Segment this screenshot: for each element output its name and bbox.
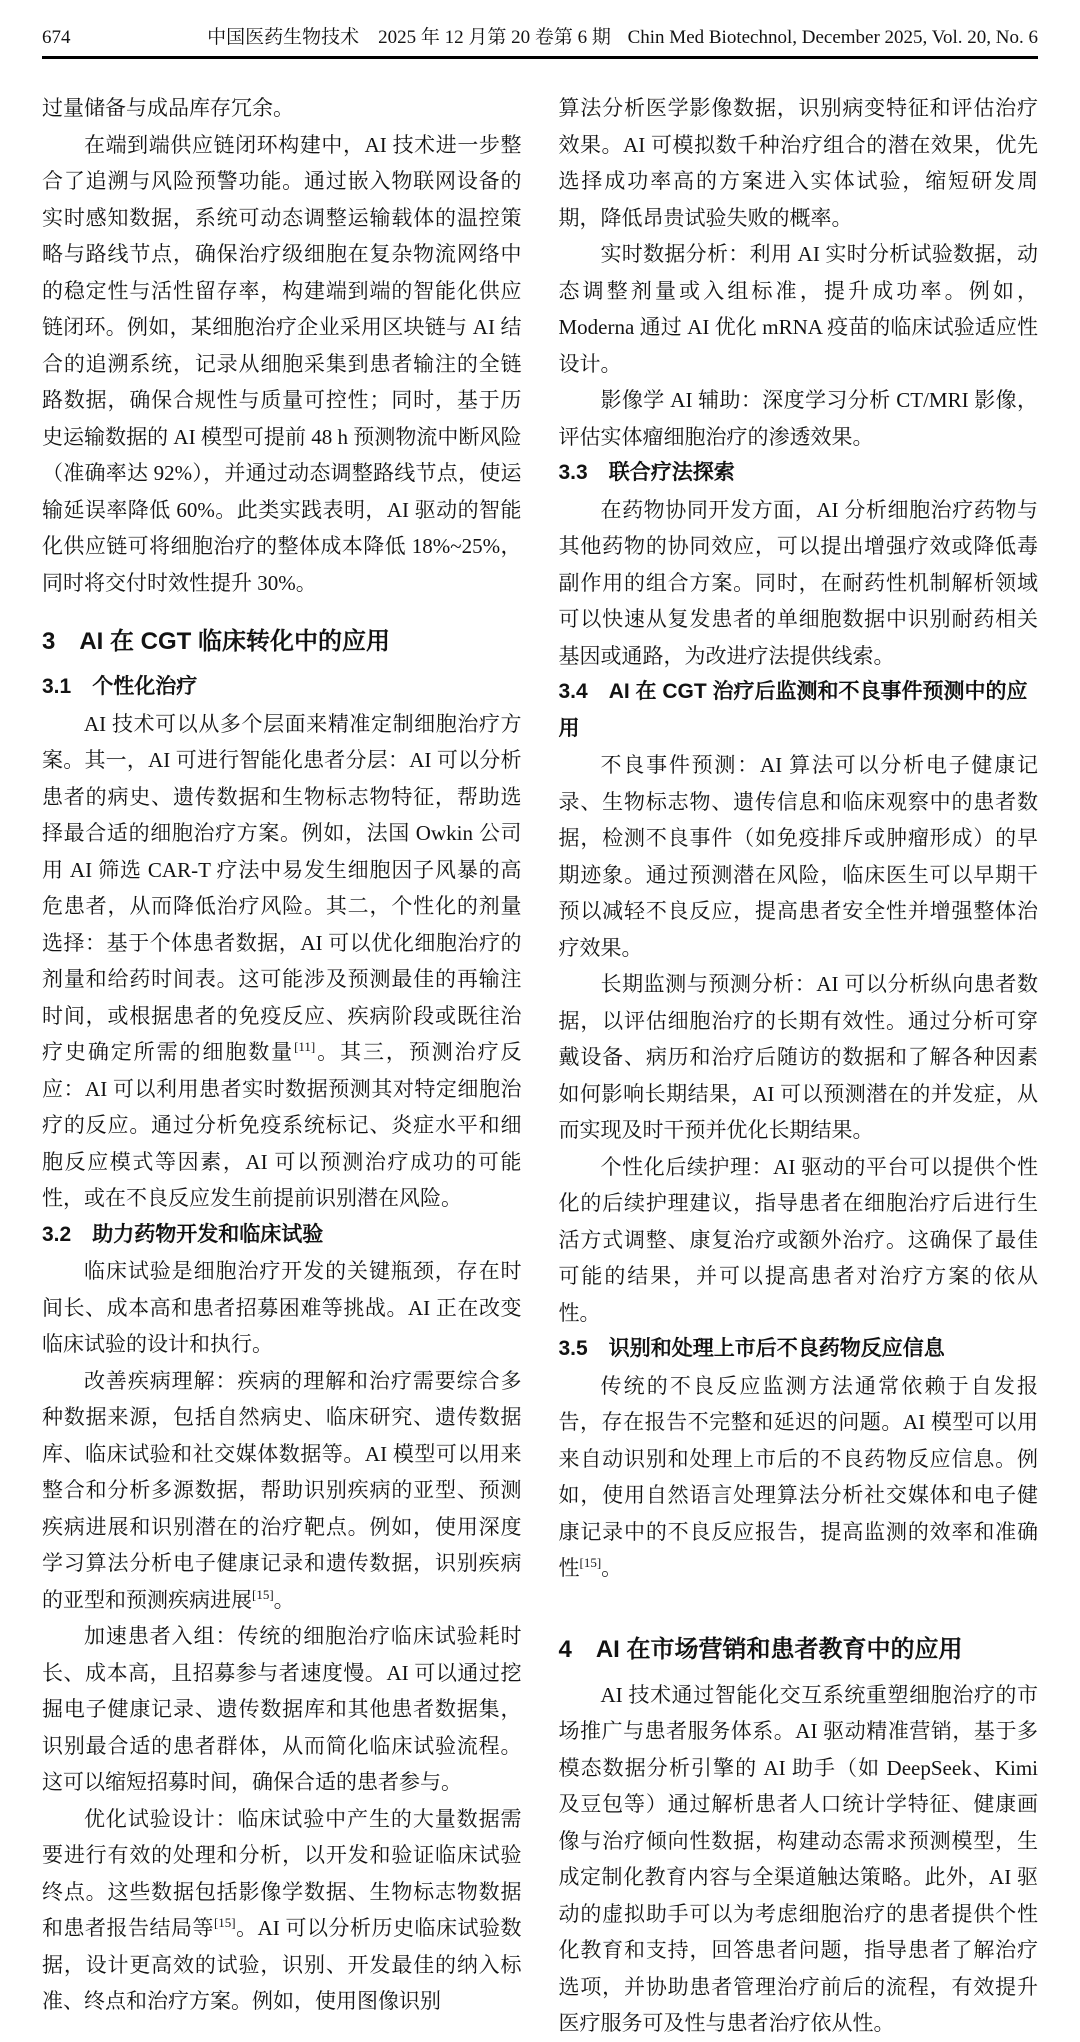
paragraph: 算法分析医学影像数据，识别病变特征和评估治疗效果。AI 可模拟数千种治疗组合的潜… xyxy=(559,90,1039,236)
paragraph: 不良事件预测：AI 算法可以分析电子健康记录、生物标志物、遗传信息和临床观察中的… xyxy=(559,747,1039,966)
page-header: 674 中国医药生物技术 2025 年 12 月第 20 卷第 6 期 Chin… xyxy=(42,26,1038,50)
right-column: 算法分析医学影像数据，识别病变特征和评估治疗效果。AI 可模拟数千种治疗组合的潜… xyxy=(559,90,1039,2042)
paragraph: 影像学 AI 辅助：深度学习分析 CT/MRI 影像，评估实体瘤细胞治疗的渗透效… xyxy=(559,382,1039,455)
journal-page: 674 中国医药生物技术 2025 年 12 月第 20 卷第 6 期 Chin… xyxy=(0,0,1080,1547)
reference-superscript: [15] xyxy=(214,1915,236,1930)
subsection-heading: 3.3 联合疗法探索 xyxy=(559,455,1039,492)
paragraph: 加速患者入组：传统的细胞治疗临床试验耗时长、成本高，且招募参与者速度慢。AI 可… xyxy=(42,1618,522,1801)
journal-title-en: Chin Med Biotechnol, December 2025, Vol.… xyxy=(628,26,1038,50)
paragraph: 传统的不良反应监测方法通常依赖于自发报告，存在报告不完整和延迟的问题。AI 模型… xyxy=(559,1368,1039,1587)
paragraph: 实时数据分析：利用 AI 实时分析试验数据，动态调整剂量或入组标准，提升成功率。… xyxy=(559,236,1039,382)
paragraph: 临床试验是细胞治疗开发的关键瓶颈，存在时间长、成本高和患者招募困难等挑战。AI … xyxy=(42,1253,522,1363)
reference-superscript: [15] xyxy=(252,1587,274,1602)
paragraph: 在端到端供应链闭环构建中，AI 技术进一步整合了追溯与风险预警功能。通过嵌入物联… xyxy=(42,127,522,602)
page-number: 674 xyxy=(42,26,71,50)
paragraph: 在药物协同开发方面，AI 分析细胞治疗药物与其他药物的协同效应，可以提出增强疗效… xyxy=(559,492,1039,675)
article-body: 过量储备与成品库存冗余。在端到端供应链闭环构建中，AI 技术进一步整合了追溯与风… xyxy=(42,90,1038,2042)
paragraph: 改善疾病理解：疾病的理解和治疗需要综合多种数据来源，包括自然病史、临床研究、遗传… xyxy=(42,1363,522,1619)
paragraph: 长期监测与预测分析：AI 可以分析纵向患者数据，以评估细胞治疗的长期有效性。通过… xyxy=(559,966,1039,1149)
subsection-heading: 3.2 助力药物开发和临床试验 xyxy=(42,1217,522,1254)
paragraph: AI 技术可以从多个层面来精准定制细胞治疗方案。其一，AI 可进行智能化患者分层… xyxy=(42,706,522,1217)
paragraph: 优化试验设计：临床试验中产生的大量数据需要进行有效的处理和分析，以开发和验证临床… xyxy=(42,1801,522,2020)
reference-superscript: [11] xyxy=(294,1039,315,1054)
section-heading: 4 AI 在市场营销和患者教育中的应用 xyxy=(559,1633,1039,1667)
subsection-heading: 3.5 识别和处理上市后不良药物反应信息 xyxy=(559,1331,1039,1368)
journal-title-cn: 中国医药生物技术 2025 年 12 月第 20 卷第 6 期 xyxy=(71,26,628,50)
subsection-heading: 3.4 AI 在 CGT 治疗后监测和不良事件预测中的应用 xyxy=(559,674,1039,747)
section-heading: 3 AI 在 CGT 临床转化中的应用 xyxy=(42,625,522,659)
subsection-heading: 3.1 个性化治疗 xyxy=(42,669,522,706)
left-column: 过量储备与成品库存冗余。在端到端供应链闭环构建中，AI 技术进一步整合了追溯与风… xyxy=(42,90,522,2042)
paragraph: AI 技术通过智能化交互系统重塑细胞治疗的市场推广与患者服务体系。AI 驱动精准… xyxy=(559,1677,1039,2042)
reference-superscript: [15] xyxy=(580,1555,602,1570)
paragraph: 过量储备与成品库存冗余。 xyxy=(42,90,522,127)
paragraph: 个性化后续护理：AI 驱动的平台可以提供个性化的后续护理建议，指导患者在细胞治疗… xyxy=(559,1149,1039,1332)
header-rule xyxy=(42,56,1038,59)
